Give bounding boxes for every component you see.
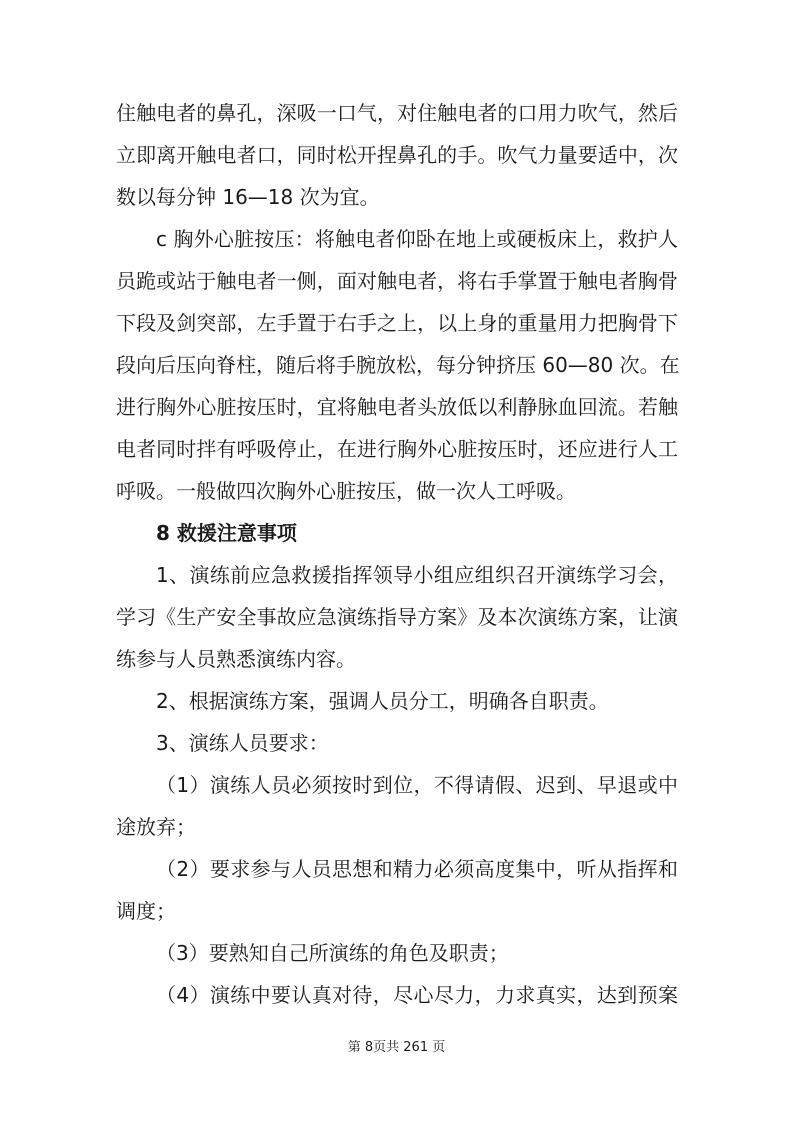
text-line: （4）演练中要认真对待，尽心尽力，力求真实，达到预案: [116, 974, 678, 1016]
text-line: （1）演练人员必须按时到位，不得请假、迟到、早退或中: [116, 764, 678, 806]
text-line: 段向后压向脊柱，随后将手腕放松，每分钟挤压 60—80 次。在: [116, 344, 678, 386]
text-line: c 胸外心脏按压：将触电者仰卧在地上或硬板床上，救护人: [116, 218, 678, 260]
text-line: 住触电者的鼻孔，深吸一口气，对住触电者的口用力吹气，然后: [116, 92, 678, 134]
text-line: 下段及剑突部，左手置于右手之上，以上身的重量用力把胸骨下: [116, 302, 678, 344]
text-line: （3）要熟知自己所演练的角色及职责；: [116, 932, 678, 974]
text-line: （2）要求参与人员思想和精力必须高度集中，听从指挥和: [116, 848, 678, 890]
text-line: 数以每分钟 16—18 次为宜。: [116, 176, 678, 218]
document-body: 住触电者的鼻孔，深吸一口气，对住触电者的口用力吹气，然后立即离开触电者口，同时松…: [116, 92, 678, 1016]
text-line: 练参与人员熟悉演练内容。: [116, 638, 678, 680]
page-number-label: 第 8页共 261 页: [348, 1040, 445, 1055]
page-footer: 第 8页共 261 页: [0, 1040, 793, 1056]
section-heading: 8 救援注意事项: [116, 512, 678, 554]
text-line: 途放弃；: [116, 806, 678, 848]
text-line: 调度；: [116, 890, 678, 932]
text-line: 员跪或站于触电者一侧，面对触电者，将右手掌置于触电者胸骨: [116, 260, 678, 302]
text-line: 电者同时拌有呼吸停止，在进行胸外心脏按压时，还应进行人工: [116, 428, 678, 470]
text-line: 立即离开触电者口，同时松开捏鼻孔的手。吹气力量要适中，次: [116, 134, 678, 176]
text-line: 呼吸。一般做四次胸外心脏按压，做一次人工呼吸。: [116, 470, 678, 512]
document-page: 住触电者的鼻孔，深吸一口气，对住触电者的口用力吹气，然后立即离开触电者口，同时松…: [0, 0, 793, 1122]
text-line: 进行胸外心脏按压时，宜将触电者头放低以利静脉血回流。若触: [116, 386, 678, 428]
text-line: 2、根据演练方案，强调人员分工，明确各自职责。: [116, 680, 678, 722]
text-line: 1、演练前应急救援指挥领导小组应组织召开演练学习会，: [116, 554, 678, 596]
text-line: 3、演练人员要求：: [116, 722, 678, 764]
text-line: 学习《生产安全事故应急演练指导方案》及本次演练方案，让演: [116, 596, 678, 638]
